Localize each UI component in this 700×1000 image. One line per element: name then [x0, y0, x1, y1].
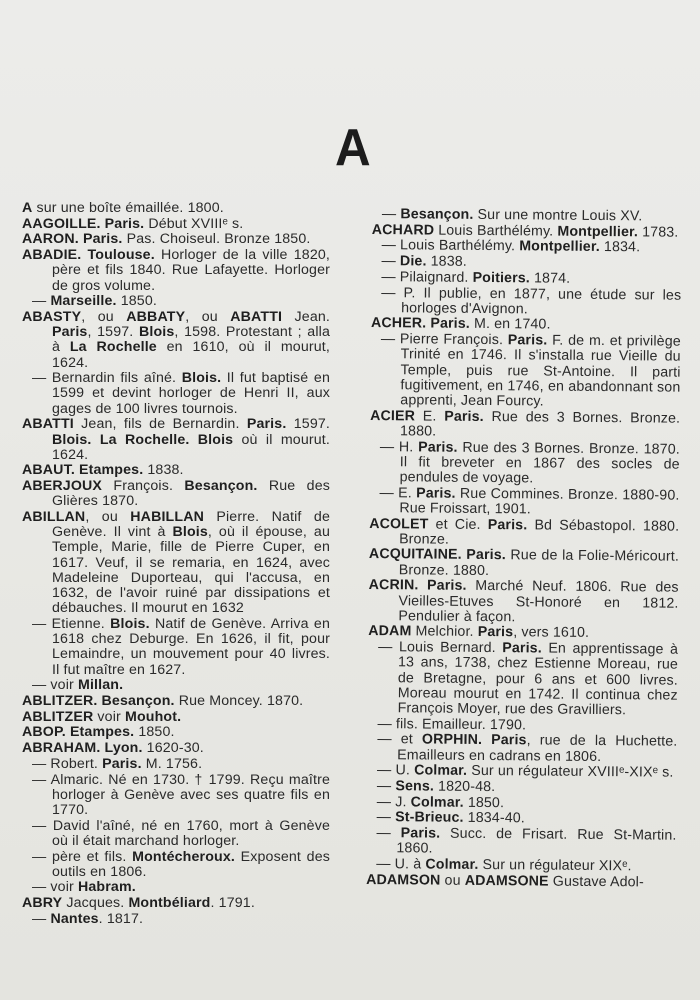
dictionary-entry: ABADIE. Toulouse. Horloger de la ville 1…: [22, 248, 330, 294]
dictionary-entry: ABATTI Jean, fils de Bernardin. Paris. 1…: [22, 417, 330, 463]
sub-entry: — E. Paris. Rue Commines. Bronze. 1880-9…: [369, 486, 679, 519]
sub-entry: — P. Il publie, en 1877, une étude sur l…: [371, 286, 681, 319]
dictionary-entry: ACQUITAINE. Paris. Rue de la Folie-Méric…: [369, 547, 679, 580]
sub-entry: — voir Millan.: [22, 678, 330, 693]
sub-entry: — Marseille. 1850.: [22, 294, 330, 309]
dictionary-entry: A sur une boîte émaillée. 1800.: [22, 201, 330, 216]
dictionary-entry: ABERJOUX François. Besançon. Rue des Gli…: [22, 479, 330, 509]
dictionary-entry: ABRY Jacques. Montbéliard. 1791.: [22, 896, 330, 911]
sub-entry: — Nantes. 1817.: [22, 912, 330, 927]
sub-entry: — Bernardin fils aîné. Blois. Il fut bap…: [22, 371, 330, 417]
dictionary-entry: ACOLET et Cie. Paris. Bd Sébastopol. 188…: [369, 517, 679, 550]
dictionary-entry: ABAUT. Etampes. 1838.: [22, 463, 330, 478]
sub-entry: — H. Paris. Rue des 3 Bornes. Bronze. 18…: [370, 440, 680, 488]
dictionary-entry: ABLITZER. Besançon. Rue Moncey. 1870.: [22, 694, 330, 709]
dictionary-entry: ADAMSON ou ADAMSONE Gustave Adol-: [366, 873, 676, 891]
section-letter-heading: A: [335, 122, 371, 174]
sub-entry: — et ORPHIN. Paris, rue de la Huchette. …: [367, 732, 677, 765]
sub-entry: — Almaric. Né en 1730. † 1799. Reçu maît…: [22, 773, 330, 819]
sub-entry: — David l'aîné, né en 1760, mort à Genèv…: [22, 819, 330, 849]
dictionary-entry: ABOP. Etampes. 1850.: [22, 725, 330, 740]
sub-entry: — voir Habram.: [22, 880, 330, 895]
dictionary-entry: ACRIN. Paris. Marché Neuf. 1806. Rue des…: [368, 578, 678, 626]
dictionary-entry: ABASTY, ou ABBATY, ou ABATTI Jean. Paris…: [22, 310, 330, 371]
dictionary-entry: ABILLAN, ou HABILLAN Pierre. Natif de Ge…: [22, 510, 330, 616]
sub-entry: — Louis Bernard. Paris. En apprentissage…: [368, 640, 679, 719]
sub-entry: — Pierre François. Paris. F. de m. et pr…: [370, 332, 681, 411]
dictionary-entry: AARON. Paris. Pas. Choiseul. Bronze 1850…: [22, 232, 330, 247]
left-column: A sur une boîte émaillée. 1800.AAGOILLE.…: [22, 201, 330, 928]
sub-entry: — Robert. Paris. M. 1756.: [22, 757, 330, 772]
dictionary-entry: AAGOILLE. Paris. Début XVIIIᵉ s.: [22, 217, 330, 232]
right-column: — Besançon. Sur une montre Louis XV.ACHA…: [366, 207, 682, 891]
dictionary-entry: ABLITZER voir Mouhot.: [22, 710, 330, 725]
dictionary-entry: ABRAHAM. Lyon. 1620-30.: [22, 741, 330, 756]
sub-entry: — père et fils. Montécheroux. Exposent d…: [22, 850, 330, 880]
sub-entry: — Etienne. Blois. Natif de Genève. Arriv…: [22, 617, 330, 678]
dictionary-page: A A sur une boîte émaillée. 1800.AAGOILL…: [0, 0, 700, 1000]
dictionary-entry: ACIER E. Paris. Rue des 3 Bornes. Bronze…: [370, 409, 680, 442]
sub-entry: — Paris. Succ. de Frisart. Rue St-Martin…: [366, 826, 676, 859]
